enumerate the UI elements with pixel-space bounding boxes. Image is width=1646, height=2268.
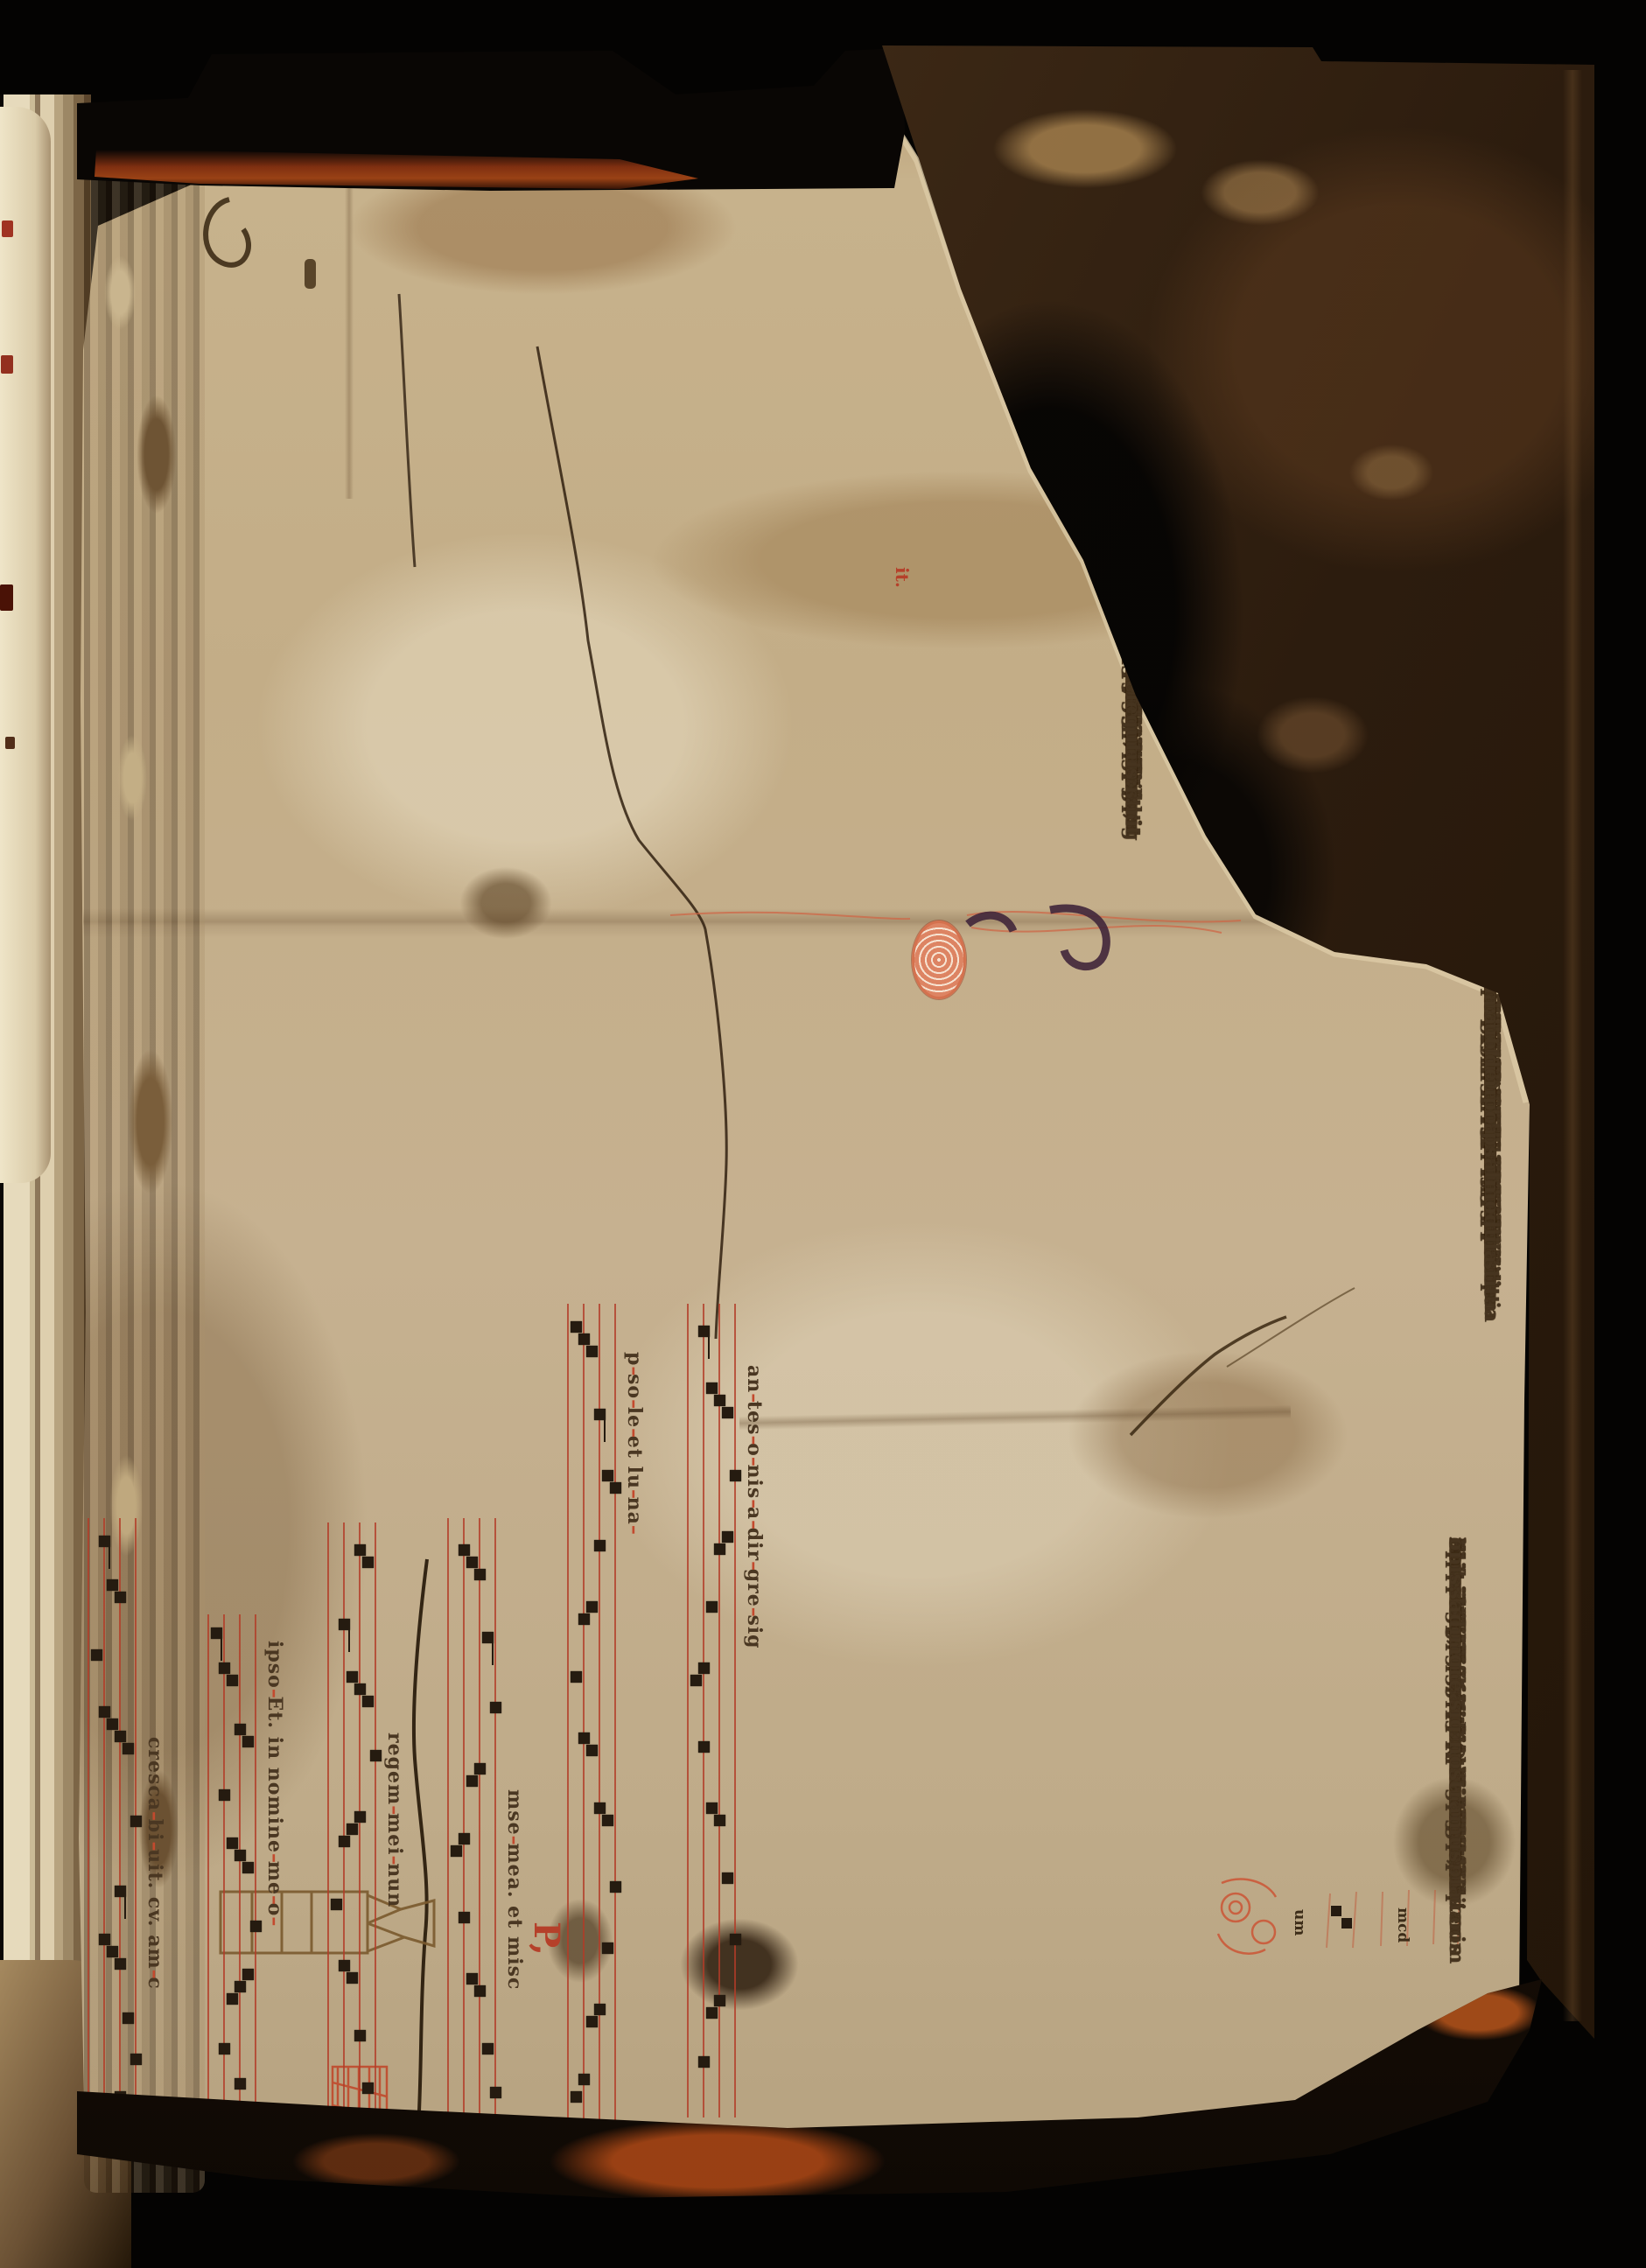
neume-note xyxy=(123,1743,134,1754)
neume-note xyxy=(571,1321,582,1333)
neume-note xyxy=(227,1993,238,2005)
neume-note xyxy=(706,1382,718,1394)
neume-note xyxy=(107,1579,118,1591)
neume-note xyxy=(347,1972,358,1984)
red-syllable-dash: – xyxy=(741,1520,767,1530)
chant-lyric: p– so– le– et lu– na– xyxy=(621,1352,648,1525)
neume-note xyxy=(698,1662,710,1674)
chant-lyric: ipso– Et. in nomine– me– o– xyxy=(262,1641,288,1916)
ink-blot xyxy=(305,259,316,289)
red-syllable-dash: – xyxy=(621,1525,648,1536)
red-syllable-dash: – xyxy=(262,1853,288,1864)
middle-text-band: alia ab hominibus paciamur.Ait enim. Sur… xyxy=(98,929,1505,1340)
manuscript-photo: densanda sunt que uetura nucis nri per q… xyxy=(0,0,1646,2268)
neume-note xyxy=(714,1395,725,1406)
rubric-fleck: it. xyxy=(892,567,913,588)
red-syllable-dash: – xyxy=(741,1435,767,1445)
neume-note xyxy=(107,1946,118,1957)
neume-note xyxy=(490,2087,501,2098)
red-syllable-dash: – xyxy=(621,1399,648,1410)
neume-note xyxy=(242,1736,254,1747)
neume-note xyxy=(730,1470,741,1481)
neume-note xyxy=(722,1531,733,1543)
neume-note xyxy=(706,2007,718,2019)
neume-tail xyxy=(604,1419,606,1442)
neume-note xyxy=(339,1836,350,1847)
neume-note xyxy=(235,1724,246,1735)
neume-note xyxy=(594,1802,606,1814)
neume-note xyxy=(466,1775,478,1787)
red-syllable-dash: – xyxy=(142,1841,168,1851)
neume-note xyxy=(698,2056,710,2068)
neume-note xyxy=(235,1850,246,1861)
neume-note xyxy=(474,1569,486,1580)
neume-note xyxy=(706,1802,718,1814)
crack-line-music xyxy=(414,1559,427,2128)
neume-tail xyxy=(492,1642,494,1665)
remnant-syllable-2: um xyxy=(1291,1909,1308,1935)
neume-note xyxy=(219,1789,230,1801)
neume-note xyxy=(331,1899,342,1910)
board-right-ridge xyxy=(1563,70,1582,2021)
neume-note xyxy=(474,1985,486,1997)
red-syllable-dash: – xyxy=(621,1489,648,1500)
neume-note xyxy=(586,1601,598,1613)
red-syllable-dash: – xyxy=(741,1393,767,1403)
neume-note xyxy=(99,1934,110,1945)
neume-note xyxy=(586,1346,598,1357)
neume-note xyxy=(459,1833,470,1844)
neume-note xyxy=(250,1921,262,1932)
neume-note xyxy=(714,1815,725,1826)
neume-tail xyxy=(348,1629,351,1652)
neume-note xyxy=(578,2074,590,2085)
neume-note xyxy=(123,2012,134,2024)
neume-note xyxy=(571,1671,582,1683)
neume-note xyxy=(354,1683,366,1695)
neume-note xyxy=(219,1662,230,1674)
neume-note xyxy=(362,2082,374,2094)
chant-lyric: mse– mea. et misc xyxy=(501,1789,528,1990)
red-syllable-dash: – xyxy=(741,1499,767,1509)
neume-note xyxy=(115,1592,126,1603)
neume-note xyxy=(354,1544,366,1556)
red-syllable-dash: – xyxy=(741,1561,767,1571)
neume-note xyxy=(578,1333,590,1345)
red-syllable-dash: – xyxy=(142,1970,168,1980)
text-line: onis: adir gre sig nostramus. xyxy=(1442,1537,1470,1870)
neume-note xyxy=(219,2043,230,2054)
neume-note xyxy=(242,1969,254,1980)
staff-5 xyxy=(567,1304,616,2122)
neume-note xyxy=(602,1942,613,1954)
neume-note xyxy=(578,1613,590,1625)
neume-note xyxy=(347,1671,358,1683)
neume-tail xyxy=(124,1896,127,1919)
neume-note xyxy=(571,2091,582,2103)
neume-note xyxy=(99,1706,110,1718)
staff-4 xyxy=(447,1518,496,2122)
neume-note xyxy=(370,1750,382,1761)
red-syllable-dash: – xyxy=(142,1811,168,1822)
neume-note xyxy=(714,1995,725,2006)
ink-scribble xyxy=(206,199,249,265)
neume-tail xyxy=(708,1336,711,1359)
neume-note xyxy=(714,1543,725,1555)
neume-note xyxy=(235,1981,246,1992)
red-syllable-dash: – xyxy=(382,1805,408,1816)
neume-note xyxy=(706,1601,718,1613)
neume-tail xyxy=(221,1638,223,1661)
neume-note xyxy=(354,2030,366,2041)
chant-lyric: cresca– bi– uit. cv. am– c xyxy=(142,1737,168,1990)
neume-note xyxy=(610,1881,621,1893)
neume-note xyxy=(594,1540,606,1551)
neume-note xyxy=(227,1837,238,1849)
neume-note xyxy=(130,1816,142,1827)
red-syllable-dash: – xyxy=(621,1428,648,1438)
chant-letter-P: P, xyxy=(526,1921,567,1956)
neume-note xyxy=(339,1960,350,1971)
chant-lyric: regem– mei– nun xyxy=(382,1732,408,1907)
neume-note xyxy=(362,1696,374,1707)
neume-note xyxy=(130,2054,142,2065)
neume-note xyxy=(347,1823,358,1835)
neume-note xyxy=(115,1731,126,1742)
red-syllable-dash: – xyxy=(621,1366,648,1376)
neume-note xyxy=(91,1649,102,1661)
red-syllable-dash: – xyxy=(382,1856,408,1866)
neume-note xyxy=(451,1845,462,1857)
neume-note xyxy=(459,1912,470,1923)
neume-note xyxy=(115,1958,126,1970)
red-syllable-dash: – xyxy=(741,1457,767,1467)
chant-lyric: an– tes– o– nis– a– dir– gre– sig xyxy=(741,1365,767,1649)
neume-note xyxy=(610,1482,621,1494)
red-syllable-dash: – xyxy=(262,1689,288,1699)
neume-note xyxy=(482,2043,494,2054)
neume-note xyxy=(594,2004,606,2015)
neume-tail xyxy=(109,1546,111,1569)
neume-note xyxy=(227,1675,238,1686)
neume-note xyxy=(698,1741,710,1753)
neume-note xyxy=(602,1815,613,1826)
upper-text-column: densanda sunt que uetura nucis nri per q… xyxy=(98,468,1146,885)
red-syllable-dash: – xyxy=(501,1836,528,1846)
neume-note xyxy=(578,1732,590,1744)
remnant-syllable: mcd xyxy=(1394,1907,1411,1942)
red-syllable-dash: – xyxy=(741,1607,767,1618)
neume-note xyxy=(466,1973,478,1984)
red-syllable-dash: – xyxy=(262,1916,288,1927)
neume-note xyxy=(690,1675,702,1686)
neume-note xyxy=(242,1862,254,1873)
red-syllable-dash: – xyxy=(262,1895,288,1906)
neume-note xyxy=(586,1745,598,1756)
neume-note xyxy=(466,1557,478,1568)
neume-note xyxy=(730,1934,741,1945)
neume-note xyxy=(459,1544,470,1556)
neume-note xyxy=(107,1718,118,1730)
staff-6 xyxy=(687,1304,736,2117)
neume-note xyxy=(474,1763,486,1774)
neume-note xyxy=(722,1407,733,1418)
neume-note xyxy=(586,2016,598,2027)
neume-note xyxy=(602,1470,613,1481)
neume-note xyxy=(490,1702,501,1713)
neume-note xyxy=(235,2078,246,2089)
neume-note xyxy=(362,1557,374,1568)
neume-note xyxy=(722,1872,733,1884)
lower-right-text-column: nos alia fortasse iudicentur. cumsub bre… xyxy=(744,1537,1470,1933)
neume-note xyxy=(354,1811,366,1823)
